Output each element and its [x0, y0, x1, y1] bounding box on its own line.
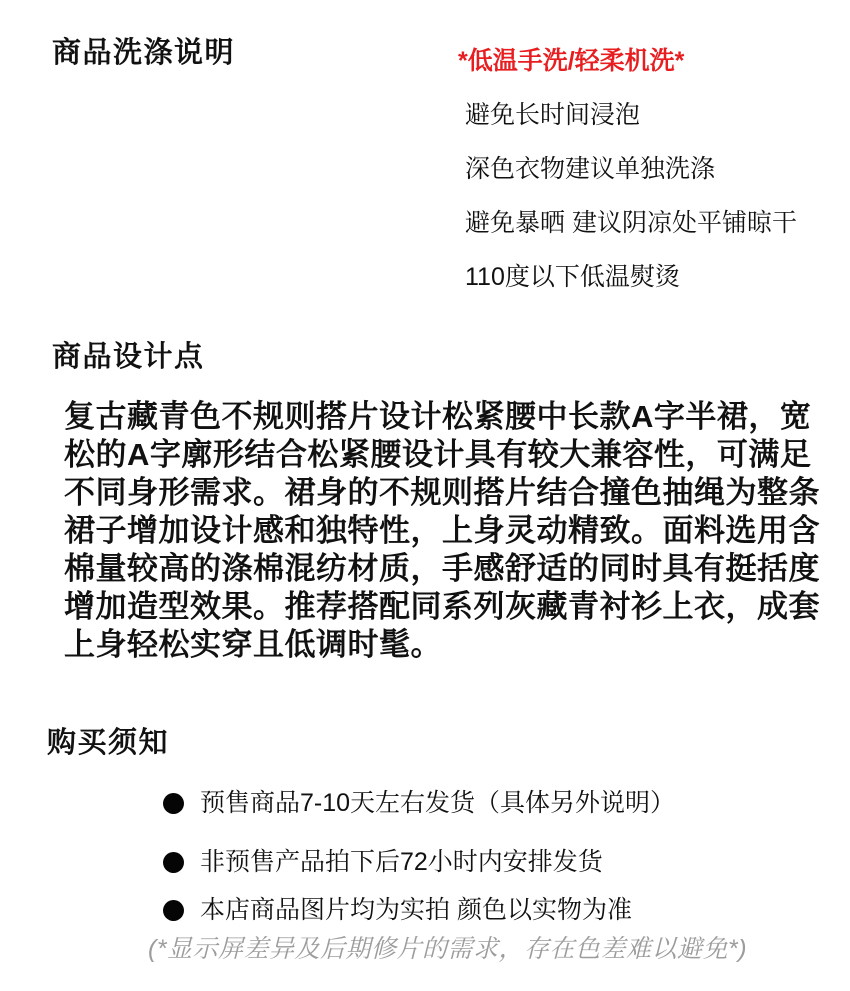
bullet-text: 本店商品图片均为实拍 颜色以实物为准 [200, 896, 632, 924]
design-section-title: 商品设计点 [52, 341, 205, 373]
product-description-page: 商品洗涤说明 *低温手洗/轻柔机洗* 避免长时间浸泡 深色衣物建议单独洗涤 避免… [0, 0, 850, 991]
paragraph-line: 松的A字廓形结合松紧腰设计具有较大兼容性，可满足 [64, 436, 820, 474]
wash-instruction-list: *低温手洗/轻柔机洗* 避免长时间浸泡 深色衣物建议单独洗涤 避免暴晒 建议阴凉… [458, 34, 797, 304]
purchase-bullet-item: 非预售产品拍下后72小时内安排发货 [163, 848, 603, 876]
wash-instruction: 深色衣物建议单独洗涤 [458, 142, 797, 196]
paragraph-line: 复古藏青色不规则搭片设计松紧腰中长款A字半裙，宽 [64, 398, 820, 436]
wash-highlight-text: *低温手洗/轻柔机洗* [458, 34, 797, 88]
color-disclaimer-note: (*显示屏差异及后期修片的需求，存在色差难以避免*) [148, 929, 747, 965]
bullet-icon [163, 793, 184, 814]
bullet-text: 非预售产品拍下后72小时内安排发货 [200, 848, 603, 876]
paragraph-line: 裙子增加设计感和独特性，上身灵动精致。面料选用含 [64, 512, 820, 550]
purchase-bullet-item: 预售商品7-10天左右发货（具体另外说明） [163, 789, 675, 817]
purchase-bullet-item: 本店商品图片均为实拍 颜色以实物为准 [163, 896, 632, 924]
purchase-section-title: 购买须知 [47, 727, 169, 759]
wash-instruction: 110度以下低温熨烫 [458, 250, 797, 304]
paragraph-line: 棉量较高的涤棉混纺材质，手感舒适的同时具有挺括度 [64, 550, 820, 588]
bullet-icon [163, 852, 184, 873]
paragraph-line: 不同身形需求。裙身的不规则搭片结合撞色抽绳为整条 [64, 474, 820, 512]
wash-section-title: 商品洗涤说明 [52, 37, 235, 69]
wash-instruction: 避免长时间浸泡 [458, 88, 797, 142]
design-paragraph: 复古藏青色不规则搭片设计松紧腰中长款A字半裙，宽 松的A字廓形结合松紧腰设计具有… [64, 398, 820, 664]
wash-instruction: 避免暴晒 建议阴凉处平铺晾干 [458, 196, 797, 250]
bullet-icon [163, 900, 184, 921]
paragraph-line: 增加造型效果。推荐搭配同系列灰藏青衬衫上衣，成套 [64, 588, 820, 626]
paragraph-line: 上身轻松实穿且低调时髦。 [64, 626, 820, 664]
bullet-text: 预售商品7-10天左右发货（具体另外说明） [200, 789, 675, 817]
